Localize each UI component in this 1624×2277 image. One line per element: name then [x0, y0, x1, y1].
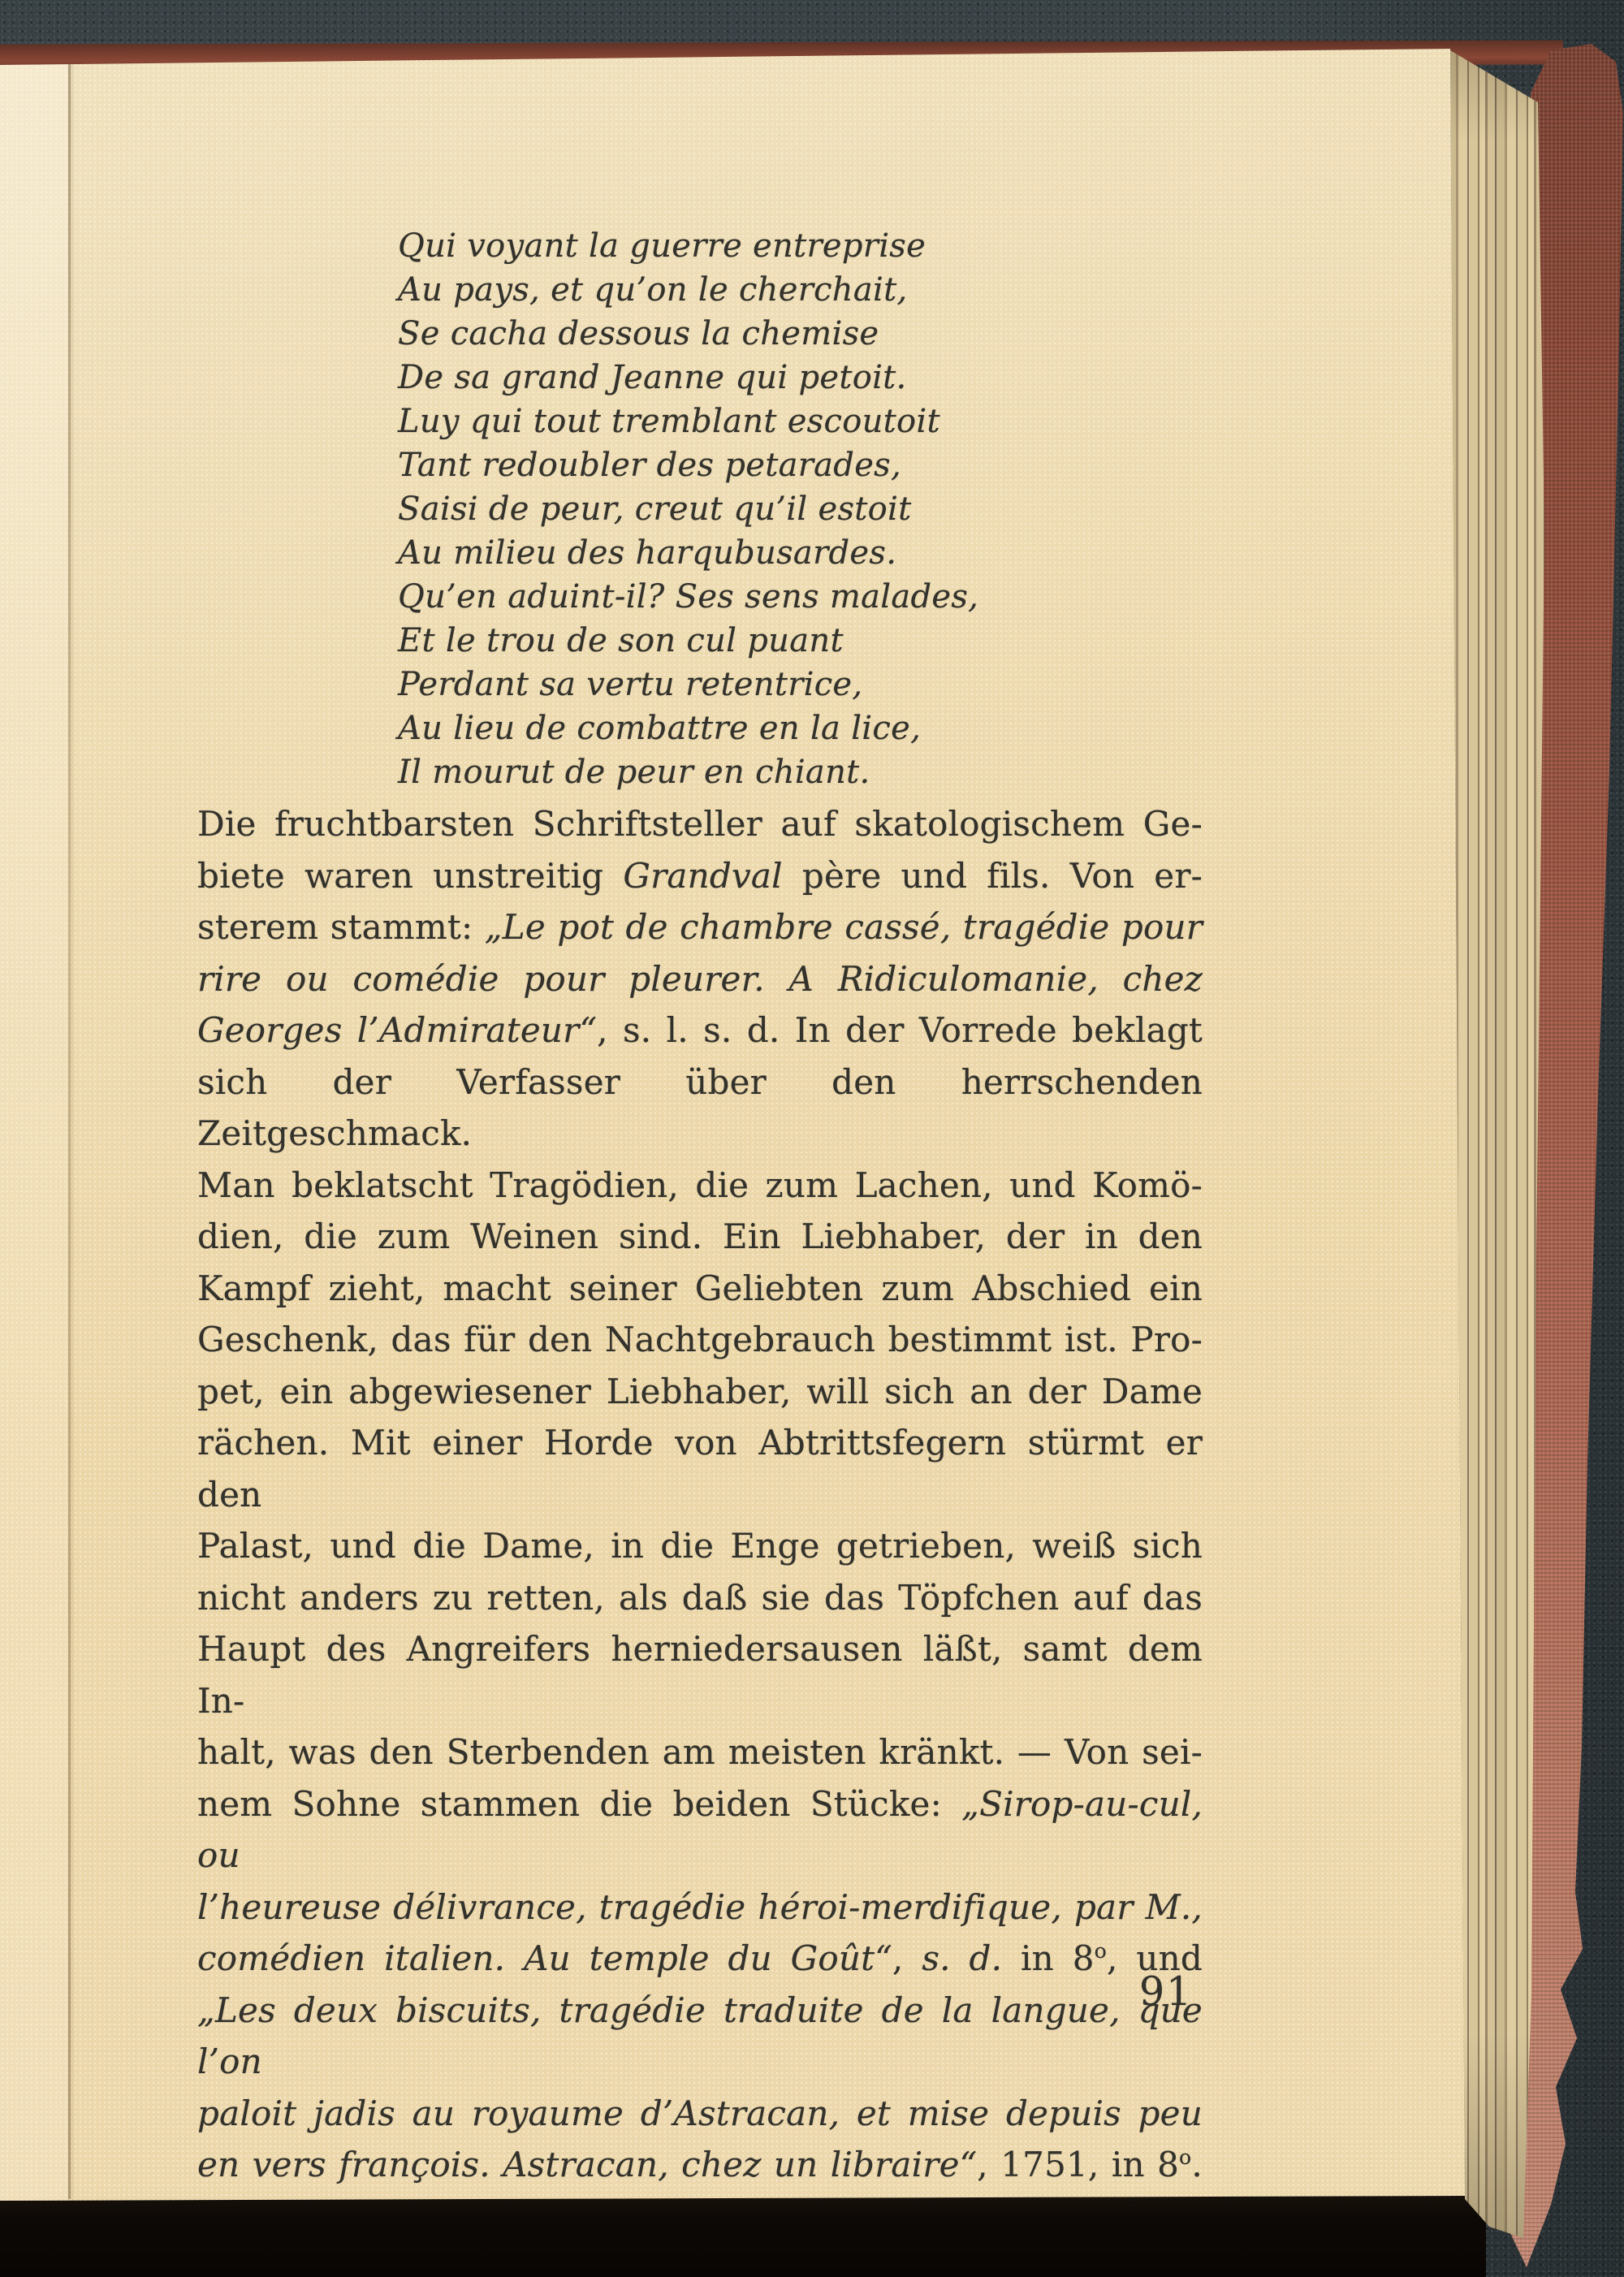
- book-page: Qui voyant la guerre entrepriseAu pays, …: [0, 0, 1471, 2206]
- paragraph-line: sterem stammt: „Le pot de chambre cassé,…: [197, 901, 1203, 953]
- poem-line: Qui voyant la guerre entreprise: [398, 224, 1080, 268]
- book-bottom-shadow: [0, 2191, 1486, 2277]
- poem-line: Perdant sa vertu retentrice,: [398, 663, 1080, 706]
- paragraph-line: Haupt des Angreifers herniedersausen läß…: [197, 1623, 1203, 1726]
- paragraph-line: halt, was den Sterbenden am meisten krän…: [197, 1726, 1203, 1778]
- page-number: 91: [1139, 1968, 1193, 2015]
- paragraph-line: comédien italien. Au temple du Goût“, s.…: [197, 1933, 1203, 1985]
- paragraph-line: nicht anders zu retten, als daß sie das …: [197, 1572, 1203, 1624]
- poem-line: Il mourut de peur en chiant.: [398, 750, 1080, 794]
- poem-line: Luy qui tout tremblant escoutoit: [398, 400, 1080, 443]
- paragraph-line: sich der Verfasser über den herrschenden…: [197, 1056, 1203, 1160]
- paragraph-line: biete waren unstreitig Grandval père und…: [197, 850, 1203, 902]
- poem-line: Au milieu des harqubusardes.: [398, 531, 1080, 575]
- poem-line: Saisi de peur, creut qu’il estoit: [398, 487, 1080, 531]
- paragraph-line: Kampf zieht, macht seiner Geliebten zum …: [197, 1263, 1203, 1315]
- paragraph-line: „Les deux biscuits, tragédie traduite de…: [197, 1985, 1203, 2088]
- paragraph-line: rächen. Mit einer Horde von Abtrittsfege…: [197, 1417, 1203, 1520]
- poem-line: Et le trou de son cul puant: [398, 619, 1080, 663]
- paragraph-line: Palast, und die Dame, in die Enge getrie…: [197, 1520, 1203, 1572]
- poem-line: Se cacha dessous la chemise: [398, 312, 1080, 356]
- paragraph-block: Die fruchtbarsten Schriftsteller auf ska…: [197, 798, 1203, 2191]
- paragraph-line: Georges l’Admirateur“, s. l. s. d. In de…: [197, 1005, 1203, 1056]
- paragraph-line: en vers françois. Astracan, chez un libr…: [197, 2139, 1203, 2191]
- gutter-strip: [0, 49, 69, 2201]
- paragraph-line: dien, die zum Weinen sind. Ein Liebhaber…: [197, 1211, 1203, 1263]
- paragraph-line: paloit jadis au royaume d’Astracan, et m…: [197, 2088, 1203, 2140]
- binding-crease: [68, 49, 71, 2199]
- paragraph-line: l’heureuse délivrance, tragédie héroi-me…: [197, 1882, 1203, 1934]
- paragraph-line: Man beklatscht Tragödien, die zum Lachen…: [197, 1160, 1203, 1212]
- paragraph-line: nem Sohne stammen die beiden Stücke: „Si…: [197, 1778, 1203, 1882]
- paragraph-line: pet, ein abgewiesener Liebhaber, will si…: [197, 1366, 1203, 1418]
- paragraph-line: Geschenk, das für den Nachtgebrauch best…: [197, 1314, 1203, 1366]
- poem-line: Qu’en aduint-il? Ses sens malades,: [398, 575, 1080, 619]
- poem-line: Au pays, et qu’on le cherchait,: [398, 268, 1080, 312]
- poem-line: De sa grand Jeanne qui petoit.: [398, 356, 1080, 400]
- book-photograph: Qui voyant la guerre entrepriseAu pays, …: [0, 0, 1624, 2277]
- poem-block: Qui voyant la guerre entrepriseAu pays, …: [398, 224, 1080, 794]
- paragraph-line: rire ou comédie pour pleurer. A Ridiculo…: [197, 953, 1203, 1005]
- poem-line: Tant redoubler des petarades,: [398, 443, 1080, 487]
- paragraph-line: Die fruchtbarsten Schriftsteller auf ska…: [197, 798, 1203, 850]
- poem-line: Au lieu de combattre en la lice,: [398, 706, 1080, 750]
